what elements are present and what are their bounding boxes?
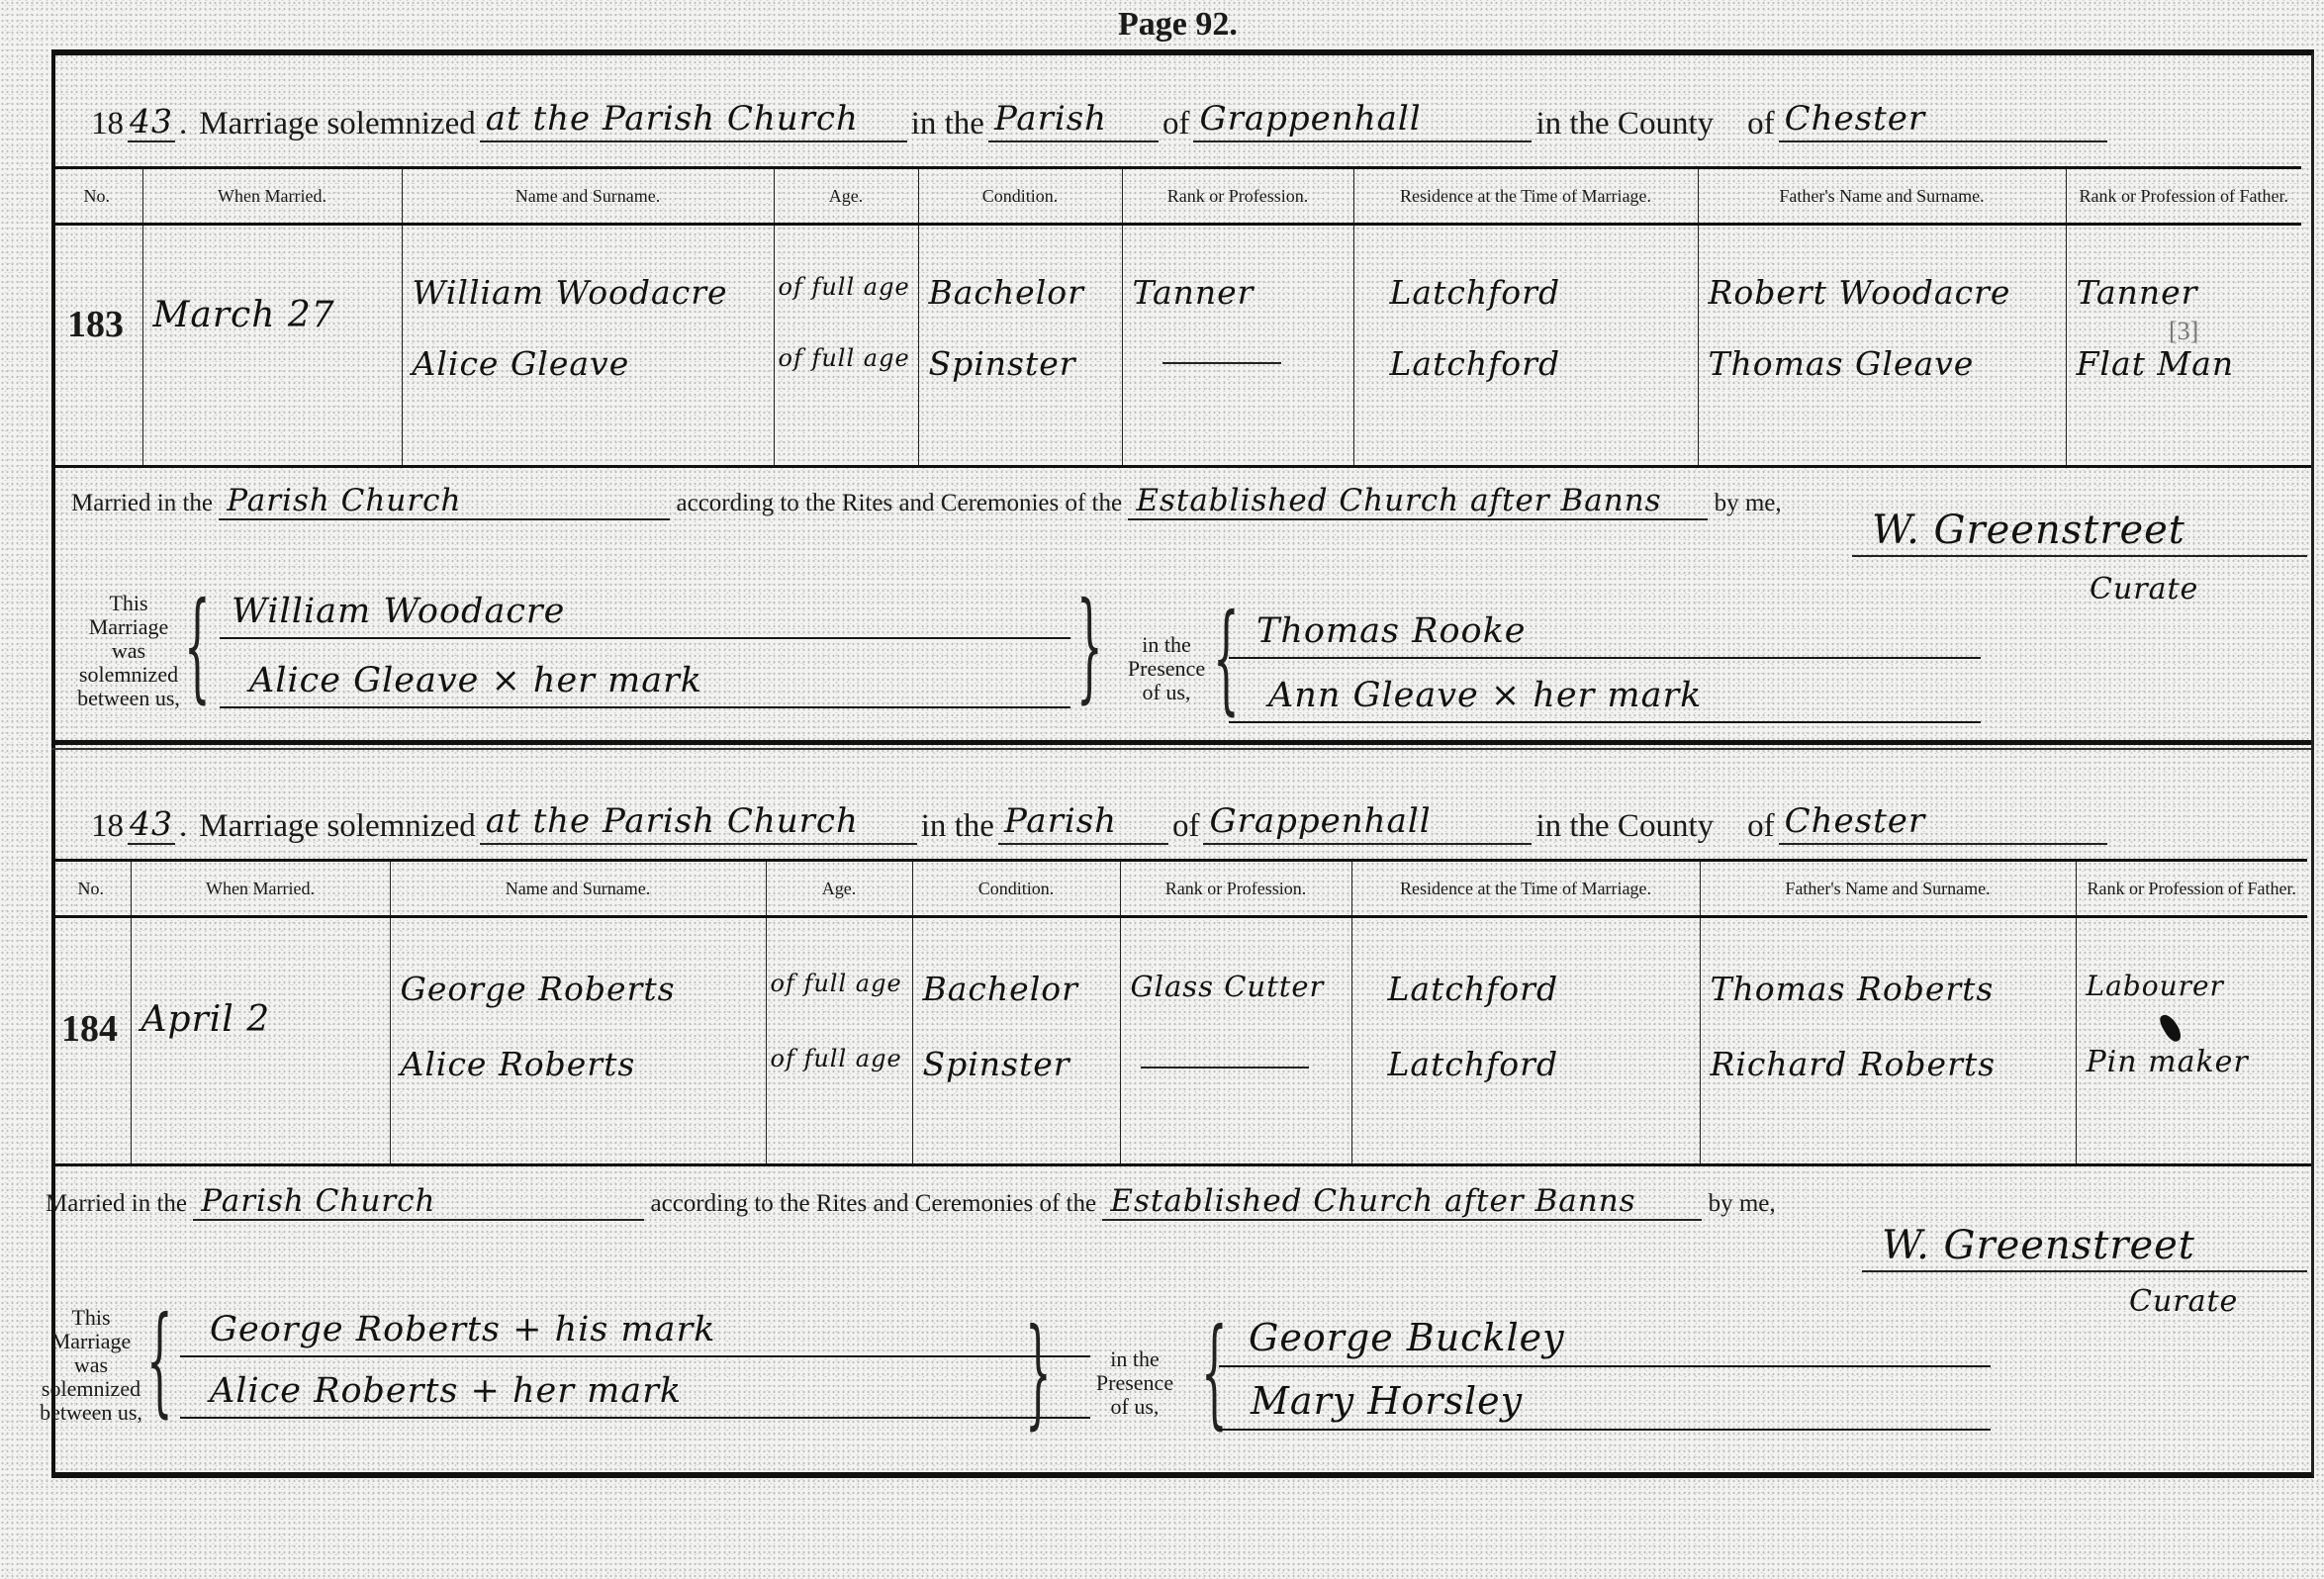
groom-rank: Glass Cutter <box>1131 970 1325 1003</box>
bride-father: Richard Roberts <box>1711 1045 1997 1083</box>
officiant-role: Curate <box>2129 1284 2238 1319</box>
entry-separator-thin <box>51 748 2311 750</box>
col-header-father-rank: Rank or Profession of Father. <box>2066 168 2301 225</box>
col-header-father-rank: Rank or Profession of Father. <box>2076 861 2307 917</box>
label-between-us: between us, <box>75 687 182 710</box>
witness-signature-2: Ann Gleave × her mark <box>1268 676 1702 715</box>
col-header-no: No. <box>51 168 142 225</box>
officiant-signature: W. Greenstreet <box>1852 508 2307 557</box>
divider <box>51 1163 2311 1166</box>
parish-label-value: Parish <box>998 801 1168 845</box>
when-married: March 27 <box>153 295 335 335</box>
col-header-condition: Condition. <box>918 168 1122 225</box>
cell-father: Thomas Roberts Richard Roberts <box>1700 917 2076 1164</box>
witness-line-1 <box>1229 657 1981 659</box>
married-in-value: Parish Church <box>193 1183 644 1221</box>
col-header-rank: Rank or Profession. <box>1120 861 1351 917</box>
cell-name: George Roberts Alice Roberts <box>390 917 766 1164</box>
groom-name: George Roberts <box>401 970 676 1008</box>
bride-rank-blank <box>1141 1067 1309 1068</box>
groom-age: of full age <box>771 970 902 997</box>
col-header-father: Father's Name and Surname. <box>1698 168 2066 225</box>
entry-number: 183 <box>67 303 124 346</box>
cell-rank: Tanner <box>1122 225 1353 467</box>
label-in-the-2: in the <box>1080 1347 1189 1371</box>
bride-name: Alice Roberts <box>401 1045 636 1083</box>
groom-condition: Bachelor <box>923 970 1078 1008</box>
label-in-the-2: in the <box>1112 633 1221 657</box>
officiant-signature: W. Greenstreet <box>1862 1223 2307 1272</box>
label-in-the-county: in the County <box>1535 808 1714 845</box>
col-header-when: When Married. <box>131 861 390 917</box>
label-in-the-county: in the County <box>1535 106 1714 142</box>
label-of-county: of <box>1747 808 1775 845</box>
col-header-name: Name and Surname. <box>402 168 774 225</box>
cell-name: William Woodacre Alice Gleave <box>402 225 774 467</box>
bride-father-rank: Pin maker <box>2087 1045 2249 1079</box>
register-table: No. When Married. Name and Surname. Age.… <box>51 166 2301 467</box>
label-solemnized: solemnized <box>38 1377 144 1401</box>
label-in-the: in the <box>921 808 994 845</box>
left-brace: { <box>184 588 211 706</box>
label-by-me: by me, <box>1709 1190 1776 1217</box>
col-header-age: Age. <box>774 168 918 225</box>
label-this-marriage: This Marriage <box>75 592 182 639</box>
label-this-marriage: This Marriage <box>38 1306 144 1353</box>
rites-value: Established Church after Banns <box>1102 1183 1702 1221</box>
witness-brace: { <box>1213 600 1240 718</box>
table-header-row: No. When Married. Name and Surname. Age.… <box>51 168 2301 225</box>
party-line-1 <box>220 637 1070 639</box>
page-title: Page 92. <box>1118 6 1238 44</box>
party-signature-2: Alice Gleave × her mark <box>249 661 702 700</box>
entry-separator <box>51 740 2311 745</box>
presence-label: in the Presence of us, <box>1112 633 1221 704</box>
label-marriage-solemnized: Marriage solemnized <box>199 808 475 845</box>
witness-signature-2: Mary Horsley <box>1251 1379 1523 1423</box>
cell-age: of full age of full age <box>766 917 912 1164</box>
bride-residence: Latchford <box>1388 1045 1559 1083</box>
cell-father-rank: Labourer Pin maker <box>2076 917 2307 1164</box>
col-header-residence: Residence at the Time of Marriage. <box>1351 861 1700 917</box>
label-was: was <box>75 639 182 663</box>
groom-age: of full age <box>779 273 910 301</box>
groom-rank: Tanner <box>1133 273 1255 312</box>
place-value: at the Parish Church <box>480 99 907 142</box>
cell-father: Robert Woodacre Thomas Gleave <box>1698 225 2066 467</box>
cell-rank: Glass Cutter <box>1120 917 1351 1164</box>
table-header-row: No. When Married. Name and Surname. Age.… <box>51 861 2307 917</box>
col-header-condition: Condition. <box>912 861 1120 917</box>
bride-father: Thomas Gleave <box>1709 344 1975 383</box>
register-table: No. When Married. Name and Surname. Age.… <box>51 859 2307 1164</box>
cell-condition: Bachelor Spinster <box>912 917 1120 1164</box>
cell-condition: Bachelor Spinster <box>918 225 1122 467</box>
cell-when: April 2 <box>131 917 390 1164</box>
groom-father-rank: Labourer <box>2087 970 2224 1002</box>
entry-number: 184 <box>61 1007 118 1051</box>
groom-residence: Latchford <box>1390 273 1561 312</box>
label-by-me: by me, <box>1715 490 1782 516</box>
bride-residence: Latchford <box>1390 344 1561 383</box>
marriage-entry-184: 1843. Marriage solemnized at the Parish … <box>51 760 2311 1466</box>
label-of-us: of us, <box>1112 681 1221 704</box>
entry-heading: 1843. Marriage solemnized at the Parish … <box>91 786 2291 845</box>
witness-line-1 <box>1219 1365 1991 1367</box>
officiant-role: Curate <box>2090 572 2198 606</box>
groom-residence: Latchford <box>1388 970 1559 1008</box>
cell-residence: Latchford Latchford <box>1351 917 1700 1164</box>
witness-brace: { <box>1201 1314 1228 1433</box>
rites-value: Established Church after Banns <box>1128 483 1708 520</box>
party-signature-2: Alice Roberts + her mark <box>210 1371 682 1411</box>
bride-age: of full age <box>779 344 910 372</box>
marriage-entry-183: 1843. Marriage solemnized at the Parish … <box>51 57 2311 740</box>
married-in-value: Parish Church <box>219 483 670 520</box>
year-suffix: 43 <box>128 804 175 845</box>
cell-age: of full age of full age <box>774 225 918 467</box>
county-value: Chester <box>1779 801 2107 845</box>
groom-father-rank: Tanner <box>2077 273 2198 312</box>
when-married: April 2 <box>141 999 271 1040</box>
parish-value: Grappenhall <box>1193 99 1532 142</box>
witness-line-2 <box>1229 721 1981 723</box>
label-according: according to the Rites and Ceremonies of… <box>651 1190 1097 1217</box>
label-presence: Presence <box>1080 1371 1189 1395</box>
period: . <box>179 808 187 845</box>
divider <box>51 465 2311 468</box>
label-marriage-solemnized: Marriage solemnized <box>199 106 475 142</box>
entry-heading: 1843. Marriage solemnized at the Parish … <box>91 83 2291 142</box>
bride-father-rank: Flat Man <box>2077 344 2235 383</box>
ink-blot <box>2157 1012 2184 1045</box>
place-value: at the Parish Church <box>480 801 917 845</box>
year-prefix: 18 <box>91 106 124 142</box>
party-line-2 <box>180 1417 1090 1419</box>
label-of: of <box>1172 808 1200 845</box>
right-brace: } <box>1076 588 1103 706</box>
col-header-name: Name and Surname. <box>390 861 766 917</box>
witness-signature-1: George Buckley <box>1249 1316 1565 1359</box>
right-brace: } <box>1025 1314 1052 1433</box>
cell-residence: Latchford Latchford <box>1353 225 1698 467</box>
label-married-in: Married in the <box>71 490 213 516</box>
cell-father-rank: Tanner Flat Man <box>2066 225 2301 467</box>
col-header-father: Father's Name and Surname. <box>1700 861 2076 917</box>
label-of: of <box>1162 106 1190 142</box>
label-according: according to the Rites and Ceremonies of… <box>677 490 1123 516</box>
party-signature-1: William Woodacre <box>232 592 565 631</box>
label-was: was <box>38 1353 144 1377</box>
party-line-1 <box>180 1355 1090 1357</box>
col-header-when: When Married. <box>142 168 402 225</box>
label-of-county: of <box>1747 106 1775 142</box>
table-row: 183 March 27 William Woodacre Alice Glea… <box>51 225 2301 467</box>
bride-rank-blank <box>1162 362 1281 364</box>
cell-when: March 27 <box>142 225 402 467</box>
bride-condition: Spinster <box>923 1045 1070 1083</box>
married-in-line: Married in the Parish Church according t… <box>46 1183 1776 1221</box>
cell-no: 183 <box>51 225 142 467</box>
parish-value: Grappenhall <box>1203 801 1532 845</box>
groom-father: Thomas Roberts <box>1711 970 1995 1008</box>
groom-condition: Bachelor <box>929 273 1084 312</box>
county-value: Chester <box>1779 99 2107 142</box>
parish-label-value: Parish <box>988 99 1159 142</box>
col-header-rank: Rank or Profession. <box>1122 168 1353 225</box>
table-row: 184 April 2 George Roberts Alice Roberts… <box>51 917 2307 1164</box>
groom-name: William Woodacre <box>413 273 728 312</box>
left-brace: { <box>146 1302 173 1421</box>
party-line-2 <box>220 706 1070 708</box>
label-solemnized: solemnized <box>75 663 182 687</box>
between-us-label: This Marriage was solemnized between us, <box>38 1306 144 1425</box>
col-header-residence: Residence at the Time of Marriage. <box>1353 168 1698 225</box>
witness-line-2 <box>1219 1429 1991 1431</box>
year-prefix: 18 <box>91 808 124 845</box>
presence-label: in the Presence of us, <box>1080 1347 1189 1419</box>
label-of-us: of us, <box>1080 1395 1189 1419</box>
col-header-age: Age. <box>766 861 912 917</box>
label-between-us: between us, <box>38 1401 144 1425</box>
bride-age: of full age <box>771 1045 902 1072</box>
period: . <box>179 106 187 142</box>
label-married-in: Married in the <box>46 1190 187 1217</box>
married-in-line: Married in the Parish Church according t… <box>71 483 1782 520</box>
between-us-label: This Marriage was solemnized between us, <box>75 592 182 710</box>
col-header-no: No. <box>51 861 131 917</box>
year-suffix: 43 <box>128 102 175 142</box>
label-in-the: in the <box>911 106 984 142</box>
bride-name: Alice Gleave <box>413 344 630 383</box>
party-signature-1: George Roberts + his mark <box>210 1310 715 1349</box>
cell-no: 184 <box>51 917 131 1164</box>
bride-condition: Spinster <box>929 344 1076 383</box>
label-presence: Presence <box>1112 657 1221 681</box>
witness-signature-1: Thomas Rooke <box>1256 611 1527 651</box>
groom-father: Robert Woodacre <box>1709 273 2011 312</box>
